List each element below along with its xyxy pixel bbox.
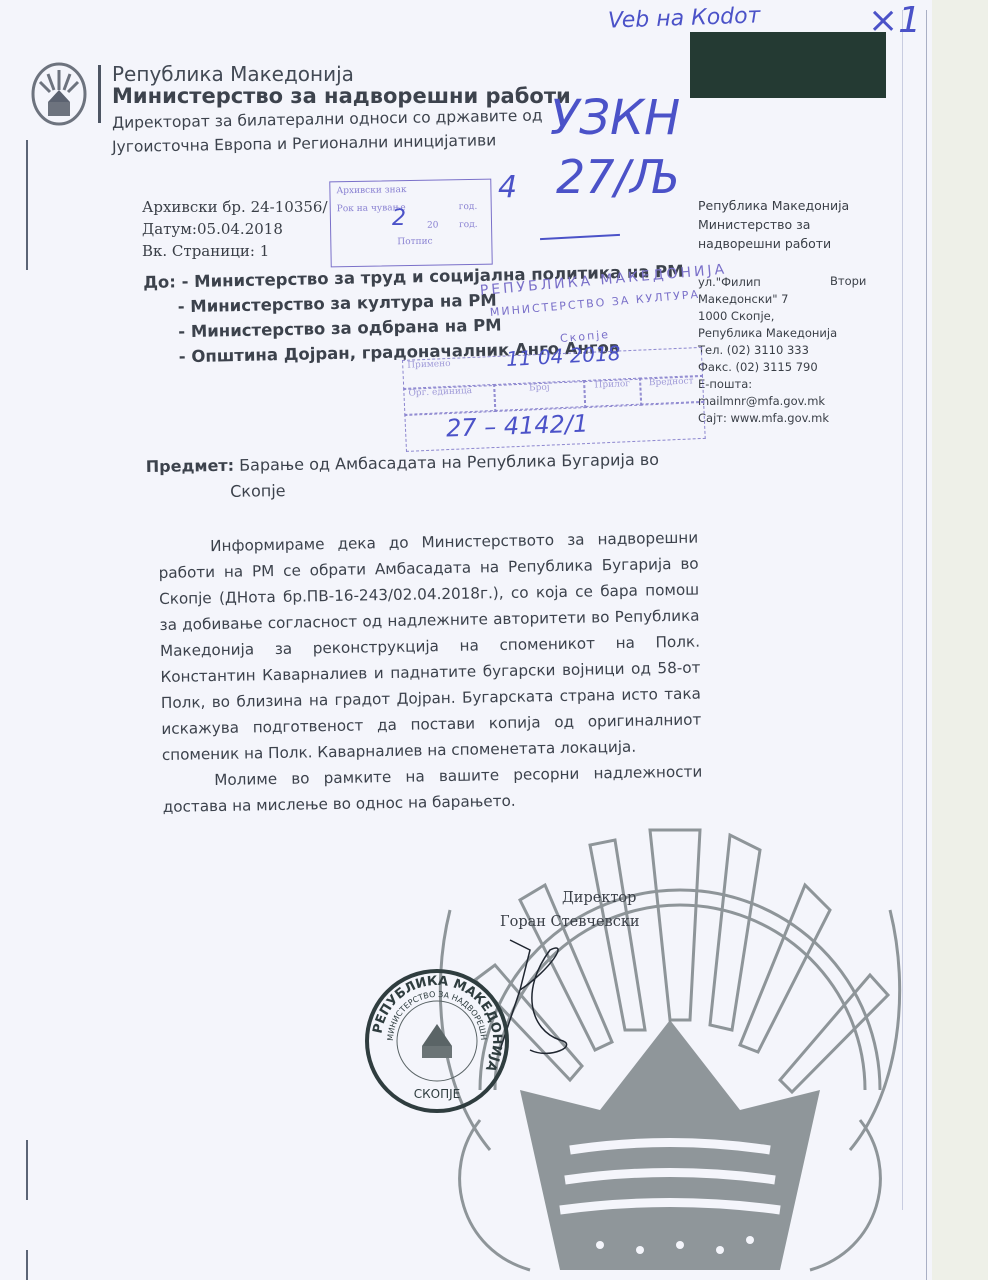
- sender-address: ул."Филип Македонски" 7 1000 Скопје, Реп…: [698, 274, 837, 427]
- sender-ministry-cont: надворешни работи: [698, 234, 849, 253]
- svg-text:СКОПЈЕ: СКОПЈЕ: [414, 1087, 461, 1101]
- sender-country: Република Македонија: [698, 196, 849, 215]
- redaction-box: [690, 32, 886, 98]
- address-fax: Факс. (02) 3115 790: [698, 359, 837, 376]
- handwritten-archive-mark: 4: [498, 170, 517, 205]
- archive-stamp-signature: Потпис: [397, 237, 432, 248]
- archive-stamp-label: Архивски знак: [336, 185, 406, 196]
- coat-of-arms-logo: [30, 60, 88, 128]
- address-street-cont: Македонски" 7: [698, 291, 837, 308]
- margin-line: [26, 1250, 28, 1280]
- archive-pages: Вк. Страници: 1: [142, 240, 328, 262]
- archive-date: Датум:05.04.2018: [142, 218, 328, 240]
- address-country: Република Македонија: [698, 325, 837, 342]
- handwritten-department: УЗКН: [550, 90, 680, 146]
- signatory-name: Горан Стевчевски: [500, 914, 640, 930]
- margin-line: [26, 140, 28, 270]
- sender-ministry: Министерство за: [698, 215, 849, 234]
- sender-block: Република Македонија Министерство за над…: [698, 196, 849, 253]
- letter-body: Информираме дека до Министерството за на…: [158, 525, 703, 820]
- address-city: 1000 Скопје,: [698, 308, 837, 325]
- archive-number: Архивски бр. 24-10356/: [142, 196, 328, 218]
- address-street-right: Втори: [830, 274, 866, 288]
- body-paragraph: Информираме дека до Министерството за на…: [158, 525, 702, 768]
- subject-text: Барање од Амбасадата на Република Бугари…: [239, 450, 659, 475]
- archive-stamp-year-label2: год.: [459, 220, 478, 230]
- handwritten-reference: 27/Љ: [556, 150, 680, 204]
- margin-line: [26, 1140, 28, 1200]
- scan-background: [932, 0, 988, 1280]
- page-edge: [926, 10, 927, 1280]
- subject-label: Предмет:: [146, 456, 234, 476]
- handwritten-note: Veb на Коdот: [608, 3, 761, 33]
- handwritten-archive-suffix: 2: [392, 206, 406, 231]
- subject: Предмет: Барање од Амбасадата на Републи…: [146, 447, 660, 506]
- letterhead-divider: [98, 65, 101, 123]
- address-email: mailmnr@mfa.gov.mk: [698, 393, 837, 410]
- address-email-label: Е-пошта:: [698, 376, 837, 393]
- archive-stamp: Архивски знак Рок на чување год. 20 год.…: [329, 179, 492, 268]
- address-phone: Тел. (02) 3110 333: [698, 342, 837, 359]
- archive-stamp-year: 20: [427, 221, 439, 231]
- letterhead-ministry: Министерство за надворешни работи: [112, 84, 571, 108]
- letterhead-country: Република Македонија: [112, 62, 354, 86]
- address-website: Сајт: www.mfa.gov.mk: [698, 410, 837, 427]
- archive-stamp-year-label: год.: [459, 202, 478, 212]
- handwritten-registry-number: 27 – 4142/1: [446, 410, 589, 443]
- body-paragraph: Молиме во рамките на вашите ресорни надл…: [162, 759, 703, 820]
- recipients-prefix: До:: [143, 272, 176, 292]
- archive-info: Архивски бр. 24-10356/ Датум:05.04.2018 …: [142, 196, 328, 262]
- signatory-title: Директор: [562, 890, 636, 906]
- official-seal: РЕПУБЛИКА МАКЕДОНИЈА МИНИСТЕРСТВО ЗА НАД…: [362, 966, 512, 1116]
